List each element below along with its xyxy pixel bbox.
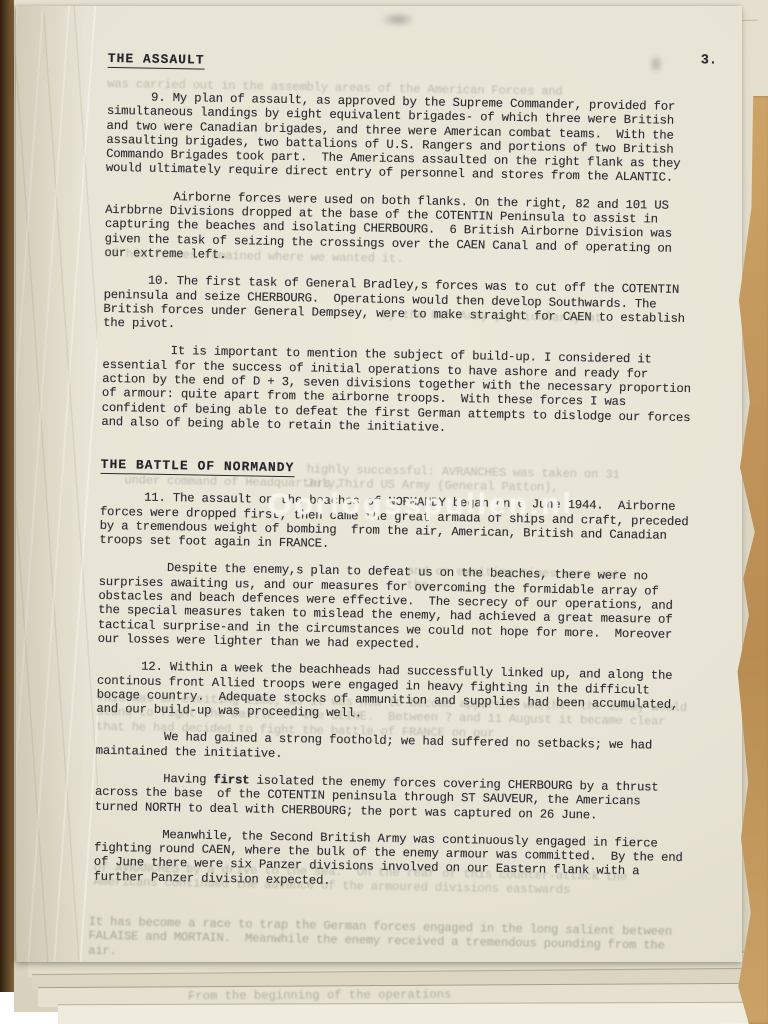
bleed-through-text: and on exciting times were not the xyxy=(407,564,637,597)
page-number: 3. xyxy=(701,53,717,68)
scanned-document-photo: From the beginning of the operations 3. … xyxy=(0,0,768,1024)
paragraph: It is important to mention the subject o… xyxy=(101,343,694,439)
paragraph: 10. The first task of General Bradley,s … xyxy=(103,273,696,341)
under-sheet-edge xyxy=(58,1002,750,1024)
watermark: Oorlogsspullen.nl xyxy=(268,488,574,522)
paragraph: Having first isolated the enemy forces c… xyxy=(95,771,688,824)
bleed-through-text: It has become a race to trap the German … xyxy=(88,915,685,968)
bleed-through-text: From the beginning of the operations xyxy=(188,988,451,1004)
section-heading-row: THE ASSAULT xyxy=(108,49,700,78)
typed-text: THE ASSAULT9. My plan of assault, as app… xyxy=(1,5,742,895)
section-heading: THE ASSAULT xyxy=(108,51,205,70)
bleed-through-layer: was carried out in the assembly areas of… xyxy=(1,895,727,908)
paragraph: 9. My plan of assault, as approved by th… xyxy=(106,90,699,186)
document-page: 3. THE ASSAULT9. My plan of assault, as … xyxy=(16,6,742,962)
